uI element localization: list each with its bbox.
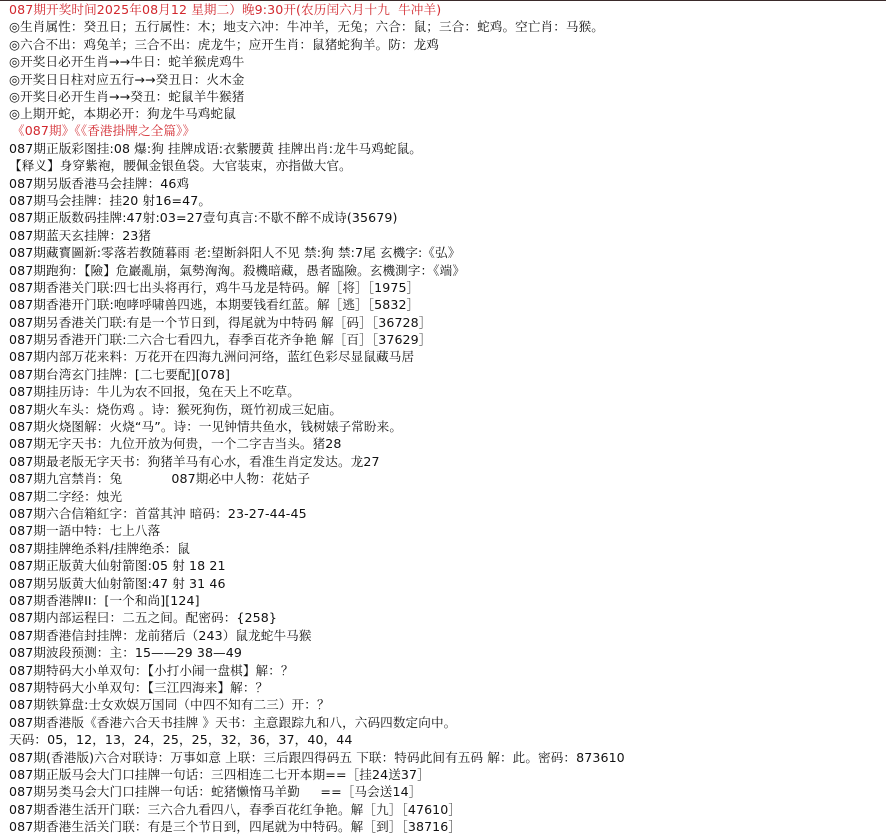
content-line: 087期二字经：烛光 (9, 488, 122, 505)
content-line: 087期香港生活关门联：有是三个节日到，四尾就为中特码。解［到］［38716］ (9, 818, 461, 834)
content-line: 087期火车头：烧伤鸡 。诗：猴死狗伤，斑竹初成三妃庙。 (9, 401, 342, 418)
content-line: 087期特码大小单双句：【三江四海来】解：？ (9, 679, 268, 696)
content-line: 087期另版香港马会挂牌：46鸡 (9, 175, 189, 192)
content-line: 087期另香港关门联:有是一个节日到，得尾就为中特码 解［码］［36728］ (9, 314, 431, 331)
section-title: 《087期》《《香港掛牌之全篇》》 (12, 122, 195, 139)
content-line: 087期另类马会大门口挂牌一句话：蛇猪懒惰马羊勤 ==［马会送14］ (9, 783, 421, 800)
bullet-day-pillar-elements: ◎开奖日日柱对应五行→→癸丑日：火木金 (9, 71, 245, 88)
content-line: 087期无字天书：九位开放为何贵，一个二字吉当头。猪28 (9, 435, 342, 452)
content-line: 【释义】身穿紫袍，腰佩金银鱼袋。大官装束，亦指做大官。 (9, 157, 352, 174)
content-line: 087期正版马会大门口挂牌一句话：三四相连二七开本期==［挂24送37］ (9, 766, 430, 783)
bullet-zodiac-attributes: ◎生肖属性：癸丑日；五行属性：木；地支六冲：牛冲羊，无兔；六合：鼠；三合：蛇鸡。… (9, 18, 604, 35)
content-line: 087期跑狗：【險】危巖亂崩，氣勢洶洶。殺機暗藏，愚者臨險。玄機測字：《端》 (9, 262, 465, 279)
content-line: 087期内部运程曰：二五之间。配密码：{258} (9, 609, 277, 626)
content-line: 087期香港版《香港六合天书挂牌 》天书：主意跟踪九和八，六码四数定向中。 (9, 714, 456, 731)
content-line: 087期香港牌II：[一个和尚][124] (9, 592, 200, 609)
content-line: 087期一語中特：七上八落 (9, 522, 160, 539)
content-line: 087期内部万花来料：万花开在四海九洲问河络，蓝红色彩尽显鼠藏马居 (9, 348, 414, 365)
content-line: 087期另香港开门联:二六合七看四九，春季百花齐争艳 解［百］［37629］ (9, 331, 431, 348)
content-line: 087期(香港版)六合对联诗：万事如意 上联：三后跟四得码五 下联：特码此间有五… (9, 749, 625, 766)
content-line: 087期正版黄大仙射箭图:05 射 18 21 (9, 557, 226, 574)
content-line: 087期最老版无字天书：狗猪羊马有心水，看准生肖定发达。龙27 (9, 453, 380, 470)
content-line: 087期九宫禁肖：兔 087期必中人物：花姑子 (9, 470, 310, 487)
content-line: 087期另版黄大仙射箭图:47 射 31 46 (9, 575, 226, 592)
content-line: 087期铁算盘:士女欢娱万国同（中四不知有二三）开：？ (9, 696, 330, 713)
content-line: 087期挂牌绝杀料/挂牌绝杀：鼠 (9, 540, 190, 557)
content-line: 087期火烧图解：火烧“马”。诗：一见钟情共鱼水，钱树婊子常盼来。 (9, 418, 402, 435)
content-line: 087期蓝天玄挂牌：23猪 (9, 227, 151, 244)
content-line: 087期正版彩图挂:08 爆:狗 挂牌成语:衣紫腰黄 挂牌出肖:龙牛马鸡蛇鼠。 (9, 140, 422, 157)
content-line: 087期挂历诗：牛儿为农不回报，兔在天上不吃草。 (9, 383, 300, 400)
bullet-must-open-ox-day: ◎开奖日必开生肖→→牛日：蛇羊猴虎鸡牛 (9, 53, 245, 70)
content-line: 087期波段预测：主：15——29 38—49 (9, 644, 242, 661)
bullet-must-open-guichou: ◎开奖日必开生肖→→癸丑：蛇鼠羊牛猴猪 (9, 88, 245, 105)
content-line: 087期香港关门联:四七出头将再行，鸡牛马龙是特码。解［将］［1975］ (9, 279, 419, 296)
content-line: 087期香港信封挂牌：龙前猪后（243）鼠龙蛇牛马猴 (9, 627, 312, 644)
content-line: 087期六合信箱紅字：首當其沖 暗码：23-27-44-45 (9, 505, 307, 522)
bullet-last-draw-snake: ◎上期开蛇，本期必开：狗龙牛马鸡蛇鼠 (9, 105, 236, 122)
content-line: 087期藏寳圖新:零落若教随暮雨 老:望断斜阳人不见 禁:狗 禁:7尾 玄機字:… (9, 244, 460, 261)
content-line: 087期台湾玄门挂牌：[二七要配][078] (9, 366, 230, 383)
bullet-liuhe-exclusions: ◎六合不出：鸡兔羊；三合不出：虎龙牛；应开生肖：鼠猪蛇狗羊。防：龙鸡 (9, 36, 439, 53)
content-line: 087期特码大小单双句：【小打小闹一盘棋】解：？ (9, 662, 294, 679)
content-line: 087期香港生活开门联：三六合九看四八，春季百花红争艳。解［九］［47610］ (9, 801, 461, 818)
draw-time-heading: 087期开奖时间2025年08月12 星期二）晚9:30开(农历闰六月十九 牛冲… (9, 1, 441, 18)
content-line: 087期马会挂牌：挂20 射16=47。 (9, 192, 211, 209)
content-line: 087期正版数码挂牌:47射:03=27壹句真言:不歇不醉不成诗(35679) (9, 209, 397, 226)
content-line: 087期香港开门联:咆哮呼啸兽四逃，本期要钱看红蓝。解［逃］［5832］ (9, 296, 419, 313)
sky-numbers-line: 天码：05，12，13，24，25，25，32，36，37，40，44 (9, 731, 353, 748)
